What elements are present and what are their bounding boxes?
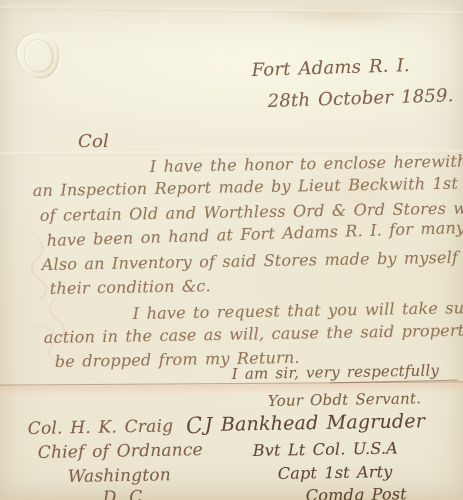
body-line: I have to request that you will take suc… <box>133 298 463 323</box>
addressee-title: Chief of Ordnance <box>38 440 203 463</box>
body-line: action in the case as will, cause the sa… <box>44 320 463 347</box>
closing-line-2: Your Obdt Servant. <box>268 389 422 410</box>
body-line: their condition &c. <box>50 276 211 298</box>
signature-rank-1: Bvt Lt Col. U.S.A <box>253 438 398 460</box>
paper-stain <box>268 2 418 28</box>
letter-scan: Fort Adams R. I. 28th October 1859. Col … <box>0 0 463 500</box>
signature-rank-2: Capt 1st Arty <box>278 462 393 483</box>
dateline-date: 28th October 1859. <box>267 85 454 112</box>
salutation: Col <box>78 131 109 152</box>
body-line: Also an Inventory of said Stores made by… <box>42 246 463 274</box>
signature-rank-3: Comdg Post <box>306 484 407 500</box>
addressee-state: D. C. <box>103 487 148 500</box>
embossed-seal-inner-ring <box>20 36 57 76</box>
dateline-location: Fort Adams R. I. <box>251 55 410 81</box>
addressee-city: Washington <box>68 465 171 487</box>
signature-name: J Bankhead Magruder <box>205 410 426 436</box>
signature-flourish: C <box>184 413 204 440</box>
embossed-seal-icon <box>13 29 65 84</box>
addressee-name: Col. H. K. Craig <box>28 416 174 439</box>
